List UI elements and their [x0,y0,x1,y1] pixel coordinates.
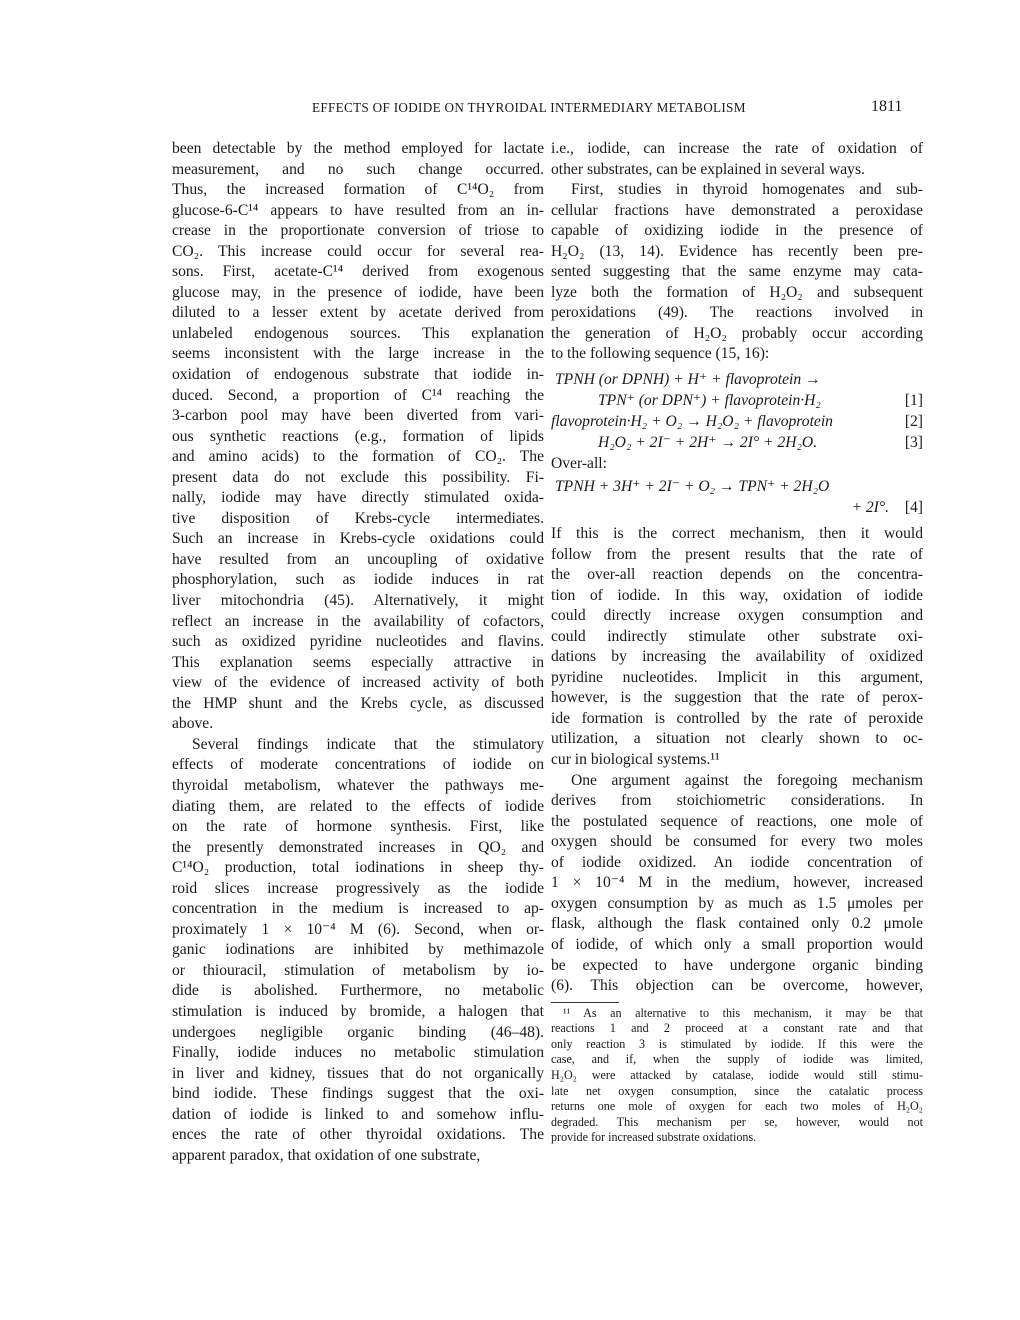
text-line: tion of iodide. In this way, oxidation o… [551,586,923,607]
running-head: EFFECTS OF IODIDE ON THYROIDAL INTERMEDI… [312,100,746,116]
equation-block: TPNH (or DPNH) + H⁺ + flavoprotein → TPN… [551,369,923,518]
footnote-line: case, and if, when the supply of iodide … [551,1052,923,1068]
text-line: i.e., iodide, can increase the rate of o… [551,139,923,160]
text-line: phosphorylation, such as iodide induces … [172,570,544,591]
equation-number: [2] [905,411,923,432]
text-line: roid slices increase progressively as th… [172,879,544,900]
footnote-line: H₂O₂ were attacked by catalase, iodide w… [551,1068,923,1084]
text-line: concentration in the medium is increased… [172,899,544,920]
text-line: capable of oxidizing iodide in the prese… [551,221,923,242]
text-line: (6). This objection can be overcome, how… [551,976,923,997]
equation-3: H₂O₂ + 2I⁻ + 2H⁺ → 2I° + 2H₂O.[3] [551,432,923,453]
text-line: One argument against the foregoing mecha… [551,771,923,792]
text-line: the presently demonstrated increases in … [172,838,544,859]
text-line: Finally, iodide induces no metabolic sti… [172,1043,544,1064]
footnote-line: ¹¹ As an alternative to this mechanism, … [551,1006,923,1022]
text-line: undergoes negligible organic binding (46… [172,1023,544,1044]
text-line: H₂O₂ (13, 14). Evidence has recently bee… [551,242,923,263]
text-line: dation of iodide is linked to and someho… [172,1105,544,1126]
footnote-line: late net oxygen consumption, since the c… [551,1084,923,1100]
text-line: proximately 1 × 10⁻⁴ M (6). Second, when… [172,920,544,941]
footnote-line: only reaction 3 is stimulated by iodide.… [551,1037,923,1053]
text-line: above. [172,714,544,735]
text-line: and amino acids) to the formation of CO₂… [172,447,544,468]
text-line: have resulted from an uncoupling of oxid… [172,550,544,571]
text-line: or thiouracil, stimulation of metabolism… [172,961,544,982]
overall-label: Over-all: [551,453,923,474]
text-line: pyridine nucleotides. Implicit in this a… [551,668,923,689]
footnote-line: degraded. This mechanism per se, however… [551,1115,923,1131]
text-line: dide is abolished. Furthermore, no metab… [172,981,544,1002]
text-line: First, studies in thyroid homogenates an… [551,180,923,201]
text-line: ous synthetic reactions (e.g., formation… [172,427,544,448]
text-line: seems inconsistent with the large increa… [172,344,544,365]
footnote: ¹¹ As an alternative to this mechanism, … [551,1006,923,1146]
text-line: oxidation of endogenous substrate that i… [172,365,544,386]
right-column: i.e., iodide, can increase the rate of o… [551,139,923,1146]
text-line: diluted to a lesser extent by acetate de… [172,303,544,324]
text-line: nally, iodide may have directly stimulat… [172,488,544,509]
text-line: unlabeled endogenous sources. This expla… [172,324,544,345]
text-line: crease in the proportionate conversion o… [172,221,544,242]
text-line: glucose-6-C¹⁴ appears to have resulted f… [172,201,544,222]
text-line: the HMP shunt and the Krebs cycle, as di… [172,694,544,715]
text-line: such as oxidized pyridine nucleotides an… [172,632,544,653]
equation-number: [4] [905,497,923,518]
text-line: utilization, a situation not clearly sho… [551,729,923,750]
text-line: ganic iodinations are inhibited by methi… [172,940,544,961]
text-line: stimulation is induced by bromide, a hal… [172,1002,544,1023]
text-line: on the rate of hormone synthesis. First,… [172,817,544,838]
equation-4a: TPNH + 3H⁺ + 2I⁻ + O₂ → TPN⁺ + 2H₂O [551,476,923,497]
equation-1a: TPNH (or DPNH) + H⁺ + flavoprotein → [551,369,923,390]
text-line: Thus, the increased formation of C¹⁴O₂ f… [172,180,544,201]
text-line: liver mitochondria (45). Alternatively, … [172,591,544,612]
text-line: however, is the suggestion that the rate… [551,688,923,709]
text-line: Such an increase in Krebs-cycle oxidatio… [172,529,544,550]
text-line: Several findings indicate that the stimu… [172,735,544,756]
text-line: duced. Second, a proportion of C¹⁴ reach… [172,386,544,407]
text-line: glucose may, in the presence of iodide, … [172,283,544,304]
text-line: been detectable by the method employed f… [172,139,544,160]
text-line: lyze both the formation of H₂O₂ and subs… [551,283,923,304]
text-line: present data do not exclude this possibi… [172,468,544,489]
text-line: 1 × 10⁻⁴ M in the medium, however, incre… [551,873,923,894]
equation-number: [1] [905,390,923,411]
text-line: measurement, and no such change occurred… [172,160,544,181]
text-line: could directly increase oxygen consumpti… [551,606,923,627]
text-line: bind iodide. These findings suggest that… [172,1084,544,1105]
text-line: the postulated sequence of reactions, on… [551,812,923,833]
text-line: C¹⁴O₂ production, total iodinations in s… [172,858,544,879]
footnote-line: returns one mole of oxygen for each two … [551,1099,923,1115]
text-line: view of the evidence of increased activi… [172,673,544,694]
text-line: of iodide, of which only a small proport… [551,935,923,956]
text-line: could indirectly stimulate other substra… [551,627,923,648]
text-line: to the following sequence (15, 16): [551,344,923,365]
text-line: follow from the present results that the… [551,545,923,566]
text-line: cellular fractions have demonstrated a p… [551,201,923,222]
text-line: reflect an increase in the availability … [172,612,544,633]
text-line: oxygen should be consumed for every two … [551,832,923,853]
text-line: the over-all reaction depends on the con… [551,565,923,586]
text-line: dations by increasing the availability o… [551,647,923,668]
page-number: 1811 [871,98,902,116]
text-line: thyroidal metabolism, whatever the pathw… [172,776,544,797]
text-line: cur in biological systems.¹¹ [551,750,923,771]
text-line: ences the rate of other thyroidal oxidat… [172,1125,544,1146]
text-line: tive disposition of Krebs-cycle intermed… [172,509,544,530]
left-column: been detectable by the method employed f… [172,139,544,1166]
text-line: be expected to have undergone organic bi… [551,956,923,977]
text-line: flask, although the flask contained only… [551,914,923,935]
text-line: diating them, are related to the effects… [172,797,544,818]
text-line: This explanation seems especially attrac… [172,653,544,674]
text-line: peroxidations (49). The reactions involv… [551,303,923,324]
text-line: oxygen consumption by as much as 1.5 μmo… [551,894,923,915]
text-line: If this is the correct mechanism, then i… [551,524,923,545]
equation-number: [3] [905,432,923,453]
text-line: of iodide oxidized. An iodide concentrat… [551,853,923,874]
text-line: CO₂. This increase could occur for sever… [172,242,544,263]
body-text: If this is the correct mechanism, then i… [551,524,923,997]
footnote-line: reactions 1 and 2 proceed at a constant … [551,1021,923,1037]
equation-2: flavoprotein·H₂ + O₂ → H₂O₂ + flavoprote… [551,411,923,432]
text-line: derives from stoichiometric consideratio… [551,791,923,812]
text-line: effects of moderate concentrations of io… [172,755,544,776]
footnote-rule [551,1002,619,1003]
text-line: sented suggesting that the same enzyme m… [551,262,923,283]
text-line: the generation of H₂O₂ probably occur ac… [551,324,923,345]
equation-4b: + 2I°.[4] [551,497,923,518]
footnote-line: provide for increased substrate oxidatio… [551,1130,923,1146]
text-line: ide formation is controlled by the rate … [551,709,923,730]
text-line: other substrates, can be explained in se… [551,160,923,181]
text-line: sons. First, acetate-C¹⁴ derived from ex… [172,262,544,283]
text-line: apparent paradox, that oxidation of one … [172,1146,544,1167]
text-line: 3-carbon pool may have been diverted fro… [172,406,544,427]
equation-1b: TPN⁺ (or DPN⁺) + flavoprotein·H₂[1] [551,390,923,411]
text-line: in liver and kidney, tissues that do not… [172,1064,544,1085]
